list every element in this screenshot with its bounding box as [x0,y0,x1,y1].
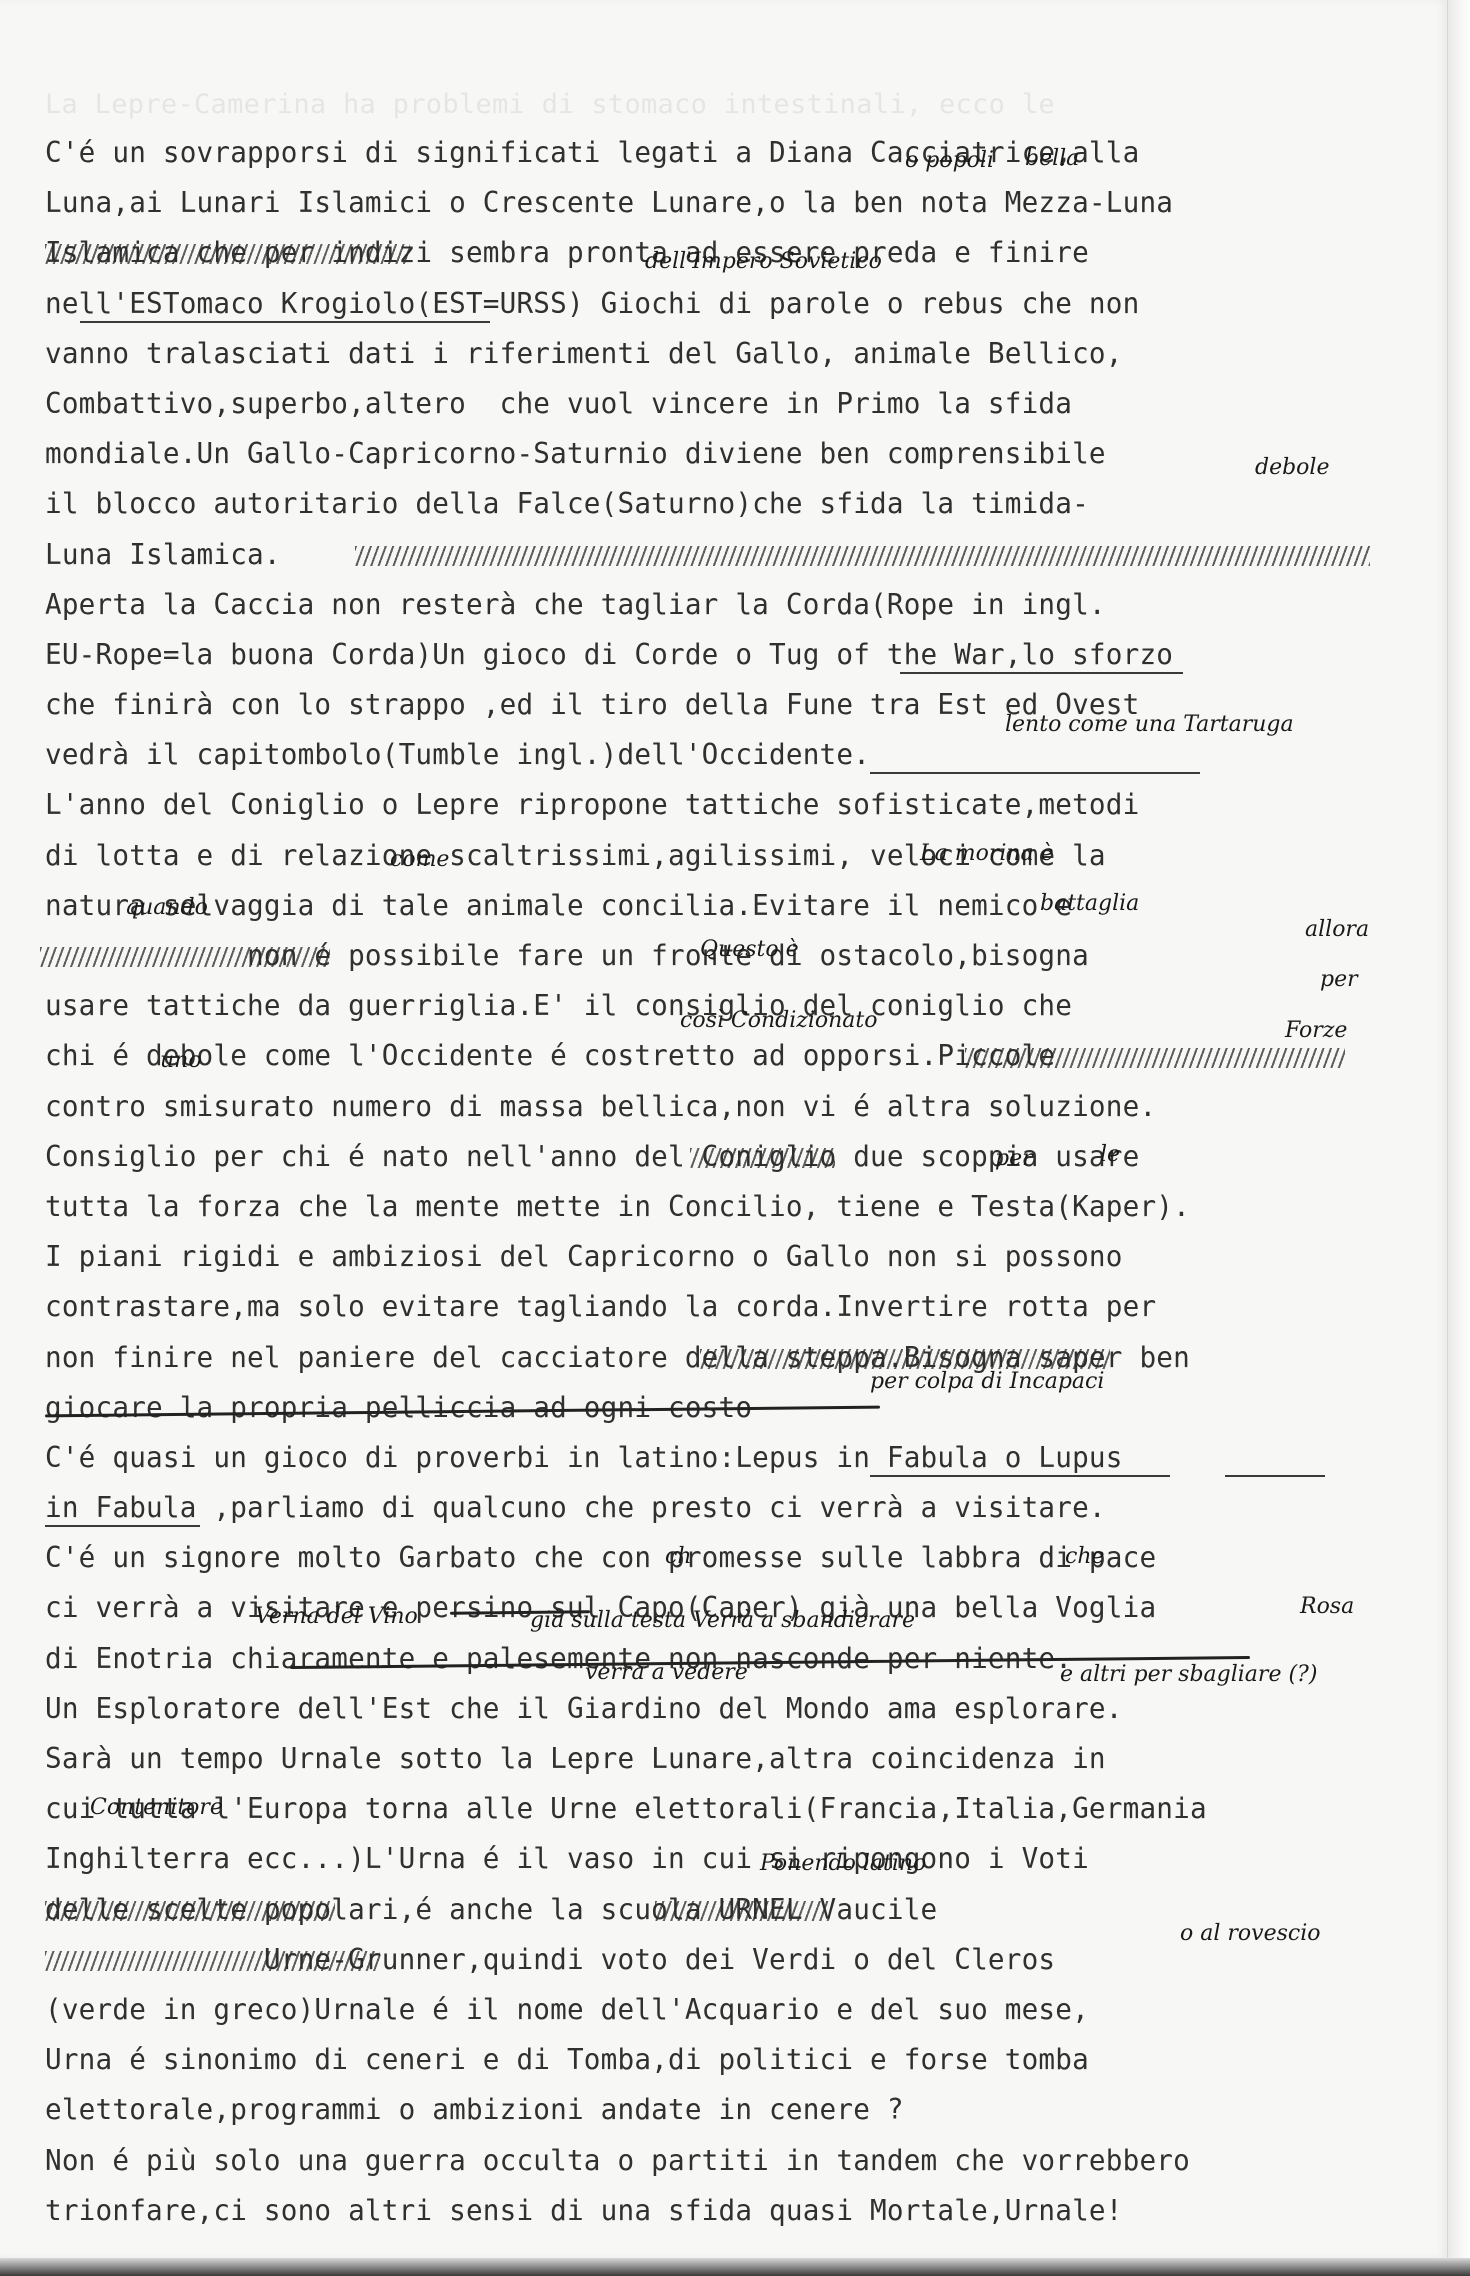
underline-mark [870,772,1200,774]
text-line: Luna,ai Lunari Islamici o Crescente Luna… [45,178,1403,228]
text-line: cui tutta l'Europa torna alle Urne elett… [45,1784,1403,1834]
handwritten-note: così Condizionato [680,1008,878,1033]
underline-mark [900,672,1183,674]
strikethrough-mark [700,1349,1110,1369]
underline-mark [1225,1475,1325,1477]
page-edge [1447,0,1470,2276]
handwritten-note: Ponendo latino [760,1851,926,1876]
strikethrough-mark [655,1901,830,1921]
handwritten-note: debole [1255,455,1330,480]
handwritten-note: come [390,847,449,872]
text-line: contrastare,ma solo evitare tagliando la… [45,1282,1403,1332]
text-line: mondiale.Un Gallo-Capricorno-Saturnio di… [45,429,1403,479]
handwritten-note: lento come una Tartaruga [1005,712,1294,737]
text-line: Un Esploratore dell'Est che il Giardino … [45,1684,1403,1734]
handwritten-note: battaglia [1040,891,1139,916]
handwritten-note: La morina è [920,841,1054,866]
handwritten-note: allora [1305,917,1369,942]
text-line: EU-Rope=la buona Corda)Un gioco di Corde… [45,630,1403,680]
handwritten-note: o popoli [905,148,994,173]
handwritten-note: per [1320,967,1358,992]
handwritten-note: Contenitore [90,1795,223,1820]
handwritten-note: Questo è [700,937,799,962]
strikethrough-mark [45,244,410,264]
handwritten-note: o al rovescio [1180,1921,1321,1946]
text-line: Combattivo,superbo,altero che vuol vince… [45,379,1403,429]
strikethrough-mark [40,947,330,967]
text-line: Inghilterra ecc...)L'Urna é il vaso in c… [45,1834,1403,1884]
text-line: natura selvaggia di tale animale concili… [45,881,1403,931]
text-line: tutta la forza che la mente mette in Con… [45,1182,1403,1232]
handwritten-note: ch [665,1544,692,1569]
handwritten-note: Verna del Vino [255,1604,418,1629]
text-line: il blocco autoritario della Falce(Saturn… [45,479,1403,529]
text-line: di lotta e di relazione scaltrissimi,agi… [45,831,1403,881]
text-line: vanno tralasciati dati i riferimenti del… [45,329,1403,379]
text-line: L'anno del Coniglio o Lepre ripropone ta… [45,780,1403,830]
text-line: in Fabula ,parliamo di qualcuno che pres… [45,1483,1403,1533]
text-line: C'é un sovrapporsi di significati legati… [45,128,1403,178]
text-line: C'é quasi un gioco di proverbi in latino… [45,1433,1403,1483]
handwritten-note: per colpa di Incapaci [870,1369,1104,1394]
handwritten-note: Rosa [1300,1594,1354,1619]
handwritten-note: Forze [1285,1018,1347,1043]
text-line: trionfare,ci sono altri sensi di una sfi… [45,2186,1403,2236]
handwritten-note: per [995,1146,1033,1171]
text-line: Sarà un tempo Urnale sotto la Lepre Luna… [45,1734,1403,1784]
strikethrough-mark [965,1048,1345,1068]
handwritten-note: che [1065,1544,1105,1569]
text-line: Non é più solo una guerra occulta o part… [45,2136,1403,2186]
strikethrough-mark [355,546,1370,566]
text-line: I piani rigidi e ambiziosi del Capricorn… [45,1232,1403,1282]
underline-mark [45,1525,200,1527]
text-line: (verde in greco)Urnale é il nome dell'Ac… [45,1985,1403,2035]
scanner-border [0,2258,1470,2276]
underline-mark [870,1475,1170,1477]
text-line: Aperta la Caccia non resterà che tagliar… [45,580,1403,630]
handwritten-note: bella [1025,146,1079,171]
text-line: contro smisurato numero di massa bellica… [45,1082,1403,1132]
strikethrough-mark [690,1148,835,1168]
text-line: Urna é sinonimo di ceneri e di Tomba,di … [45,2035,1403,2085]
handwritten-note: le [1100,1142,1120,1167]
handwritten-note: e altri per sbagliare (?) [1060,1662,1317,1687]
strikethrough-mark [45,1951,380,1971]
underline-mark [80,321,490,323]
text-line: elettorale,programmi o ambizioni andate … [45,2085,1403,2135]
handwritten-note: quando [125,895,208,920]
handwritten-note: uno [160,1048,202,1073]
text-line: C'é un signore molto Garbato che con pro… [45,1533,1403,1583]
strikethrough-mark [45,1901,335,1921]
handwritten-note: dell'Impero Sovietico [645,249,882,274]
